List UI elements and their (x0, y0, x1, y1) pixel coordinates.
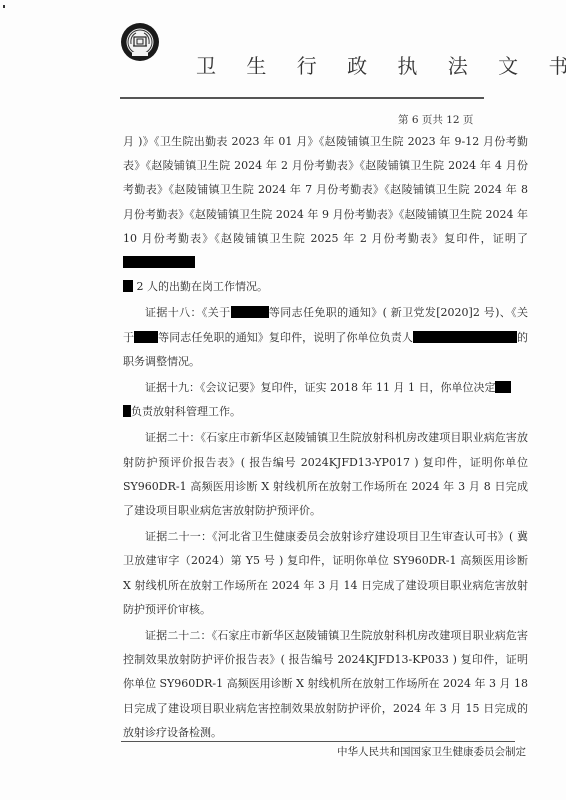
page-indicator: 第 6 页共 12 页 (398, 112, 473, 127)
national-emblem-icon (120, 22, 160, 62)
evidence-19-text: 负责放射科管理工作。 (131, 405, 241, 418)
footer-divider (121, 741, 515, 742)
scan-artifact (3, 5, 5, 8)
evidence-18: 证据十八：《关于等同志任免职的通知》( 新卫党发[2020]2 号)、《关于等同… (123, 301, 528, 374)
document-body: 月 )》《卫生院出勤表 2023 年 01 月》《赵陵铺镇卫生院 2023 年 … (123, 130, 528, 745)
redacted-name (123, 256, 195, 268)
redacted-name (134, 331, 158, 343)
issuer-footer: 中华人民共和国国家卫生健康委员会制定 (337, 744, 526, 759)
redacted-name (495, 381, 511, 393)
header-divider (120, 97, 484, 99)
evidence-19: 证据十九：《会议记要》复印件，证实 2018 年 11 月 1 日，你单位决定 … (123, 376, 528, 424)
redacted-name (231, 306, 269, 318)
redacted-name (123, 405, 131, 417)
attendance-records-text: 月 )》《卫生院出勤表 2023 年 01 月》《赵陵铺镇卫生院 2023 年 … (123, 135, 528, 245)
evidence-18-text: 证据十八：《关于 (145, 306, 231, 319)
evidence-19-text: 证据十九：《会议记要》复印件，证实 2018 年 11 月 1 日，你单位决定 (145, 381, 495, 394)
document-title: 卫 生 行 政 执 法 文 书 (196, 50, 566, 79)
evidence-21: 证据二十一：《河北省卫生健康委员会放射诊疗建设项目卫生审查认可书》( 冀卫放建审… (123, 525, 528, 622)
document-page: 卫 生 行 政 执 法 文 书 第 6 页共 12 页 月 )》《卫生院出勤表 … (0, 0, 566, 800)
redacted-name (413, 331, 517, 343)
evidence-22: 证据二十二：《石家庄市新华区赵陵铺镇卫生院放射科机房改建项目职业病危害控制效果放… (123, 624, 528, 745)
attendance-conclusion: 2 人的出勤在岗工作情况。 (137, 280, 269, 293)
evidence-20: 证据二十：《石家庄市新华区赵陵铺镇卫生院放射科机房改建项目职业病危害放射防护预评… (123, 426, 528, 523)
evidence-18-text: 等同志任免职的通知》复印件，说明了你单位负责人 (158, 331, 413, 344)
redacted-name (123, 280, 133, 292)
paragraph-attendance-records: 月 )》《卫生院出勤表 2023 年 01 月》《赵陵铺镇卫生院 2023 年 … (123, 130, 528, 299)
